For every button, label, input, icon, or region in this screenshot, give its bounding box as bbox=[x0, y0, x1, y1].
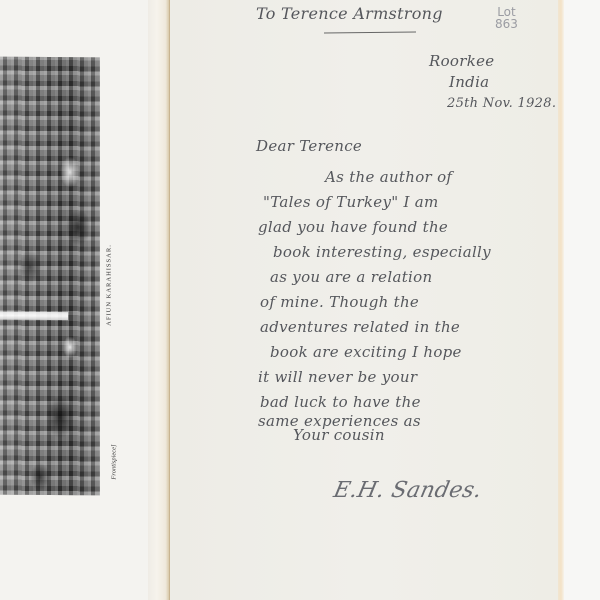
letter-greeting: Dear Terence bbox=[256, 137, 362, 155]
book-spread: AFIUN KARAHISSAR. Frontispiece] To Teren… bbox=[0, 0, 600, 600]
letter-closing: Your cousin bbox=[293, 426, 385, 444]
letter-line: bad luck to have the bbox=[260, 393, 421, 411]
inscription: To Terence Armstrong bbox=[256, 4, 443, 23]
photo-caption: AFIUN KARAHISSAR. bbox=[106, 244, 113, 326]
book-gutter bbox=[148, 0, 170, 600]
lot-number: 863 bbox=[495, 18, 518, 30]
photo-minaret-detail bbox=[0, 312, 68, 321]
letter-line: book are exciting I hope bbox=[270, 343, 462, 361]
letter-place: Roorkee bbox=[429, 52, 494, 70]
letter-line: glad you have found the bbox=[258, 218, 448, 236]
auction-lot-mark: Lot 863 bbox=[495, 6, 518, 30]
letter-line: it will never be your bbox=[258, 368, 417, 386]
frontispiece-page: AFIUN KARAHISSAR. Frontispiece] bbox=[0, 0, 148, 600]
letter-signature: E.H. Sandes. bbox=[331, 478, 484, 503]
letter-line: book interesting, especially bbox=[273, 243, 491, 261]
letter-line: of mine. Though the bbox=[260, 293, 419, 311]
letter-date: 25th Nov. 1928. bbox=[447, 96, 556, 111]
letter-country: India bbox=[449, 73, 489, 91]
letter-line: As the author of bbox=[325, 168, 452, 186]
frontispiece-photo bbox=[0, 57, 100, 496]
letter-line: adventures related in the bbox=[260, 318, 460, 336]
letter-line: as you are a relation bbox=[270, 268, 432, 286]
plate-label: Frontispiece] bbox=[111, 444, 118, 479]
background bbox=[564, 0, 600, 600]
letter-line: "Tales of Turkey" I am bbox=[263, 193, 439, 211]
